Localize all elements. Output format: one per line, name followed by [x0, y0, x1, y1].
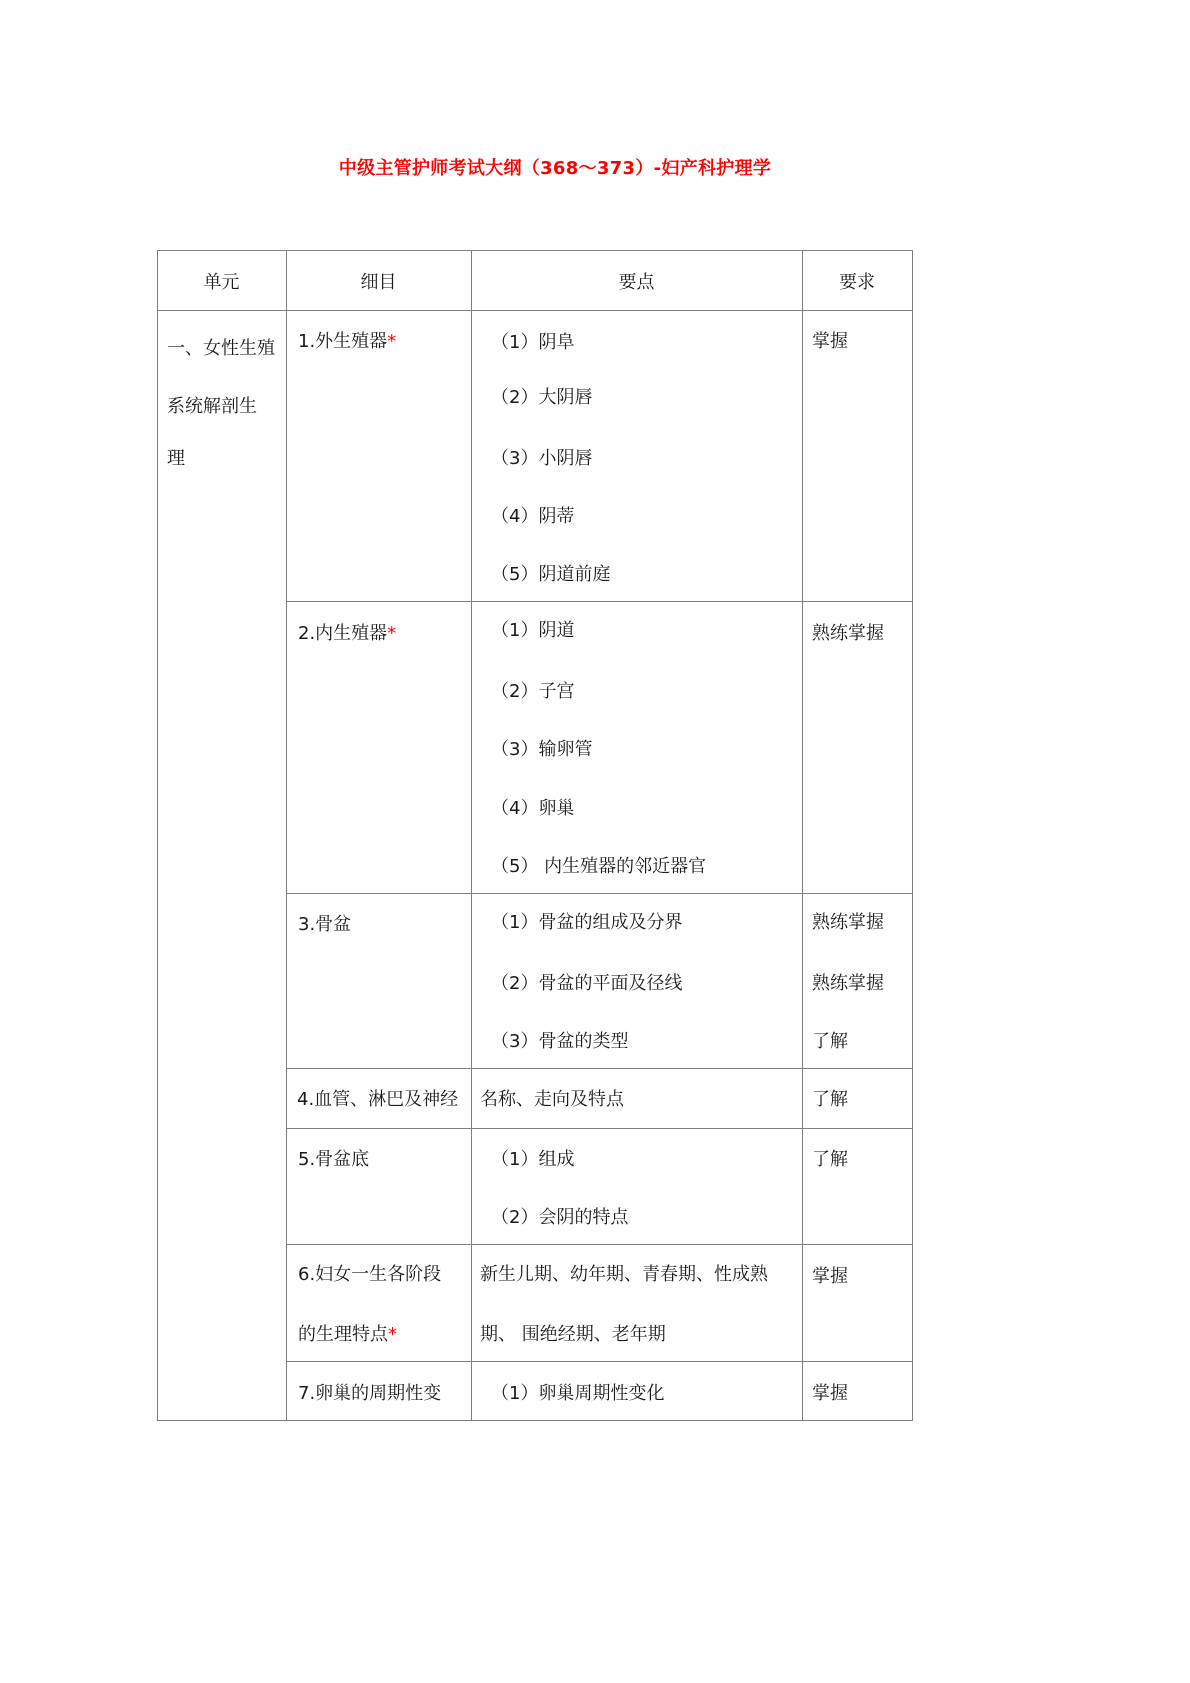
point: （3）输卵管 [491, 739, 592, 761]
point: （3）小阴唇 [491, 448, 592, 470]
header-divider [157, 310, 913, 311]
document-title: 中级主管护师考试大纲（368～373）-妇产科护理学 [0, 154, 1110, 180]
unit-label-line: 一、女性生殖 [167, 338, 275, 360]
item-pelvic-floor: 5.骨盆底 [298, 1149, 369, 1171]
requirement: 了解 [812, 1149, 848, 1171]
point: 期、 围绝经期、老年期 [480, 1324, 666, 1346]
point: （4）卵巢 [491, 798, 574, 820]
point: （3）骨盆的类型 [491, 1031, 628, 1053]
table-divider-col1 [286, 250, 287, 1421]
unit-label-line: 系统解剖生 [167, 396, 257, 418]
header-item: 细目 [286, 272, 471, 294]
requirement: 了解 [812, 1089, 848, 1111]
row-divider [286, 1361, 913, 1362]
item-ovarian-cycle: 7.卵巢的周期性变 [298, 1383, 441, 1405]
requirement: 熟练掌握 [812, 973, 884, 995]
item-vessels-lymph-nerves: 4.血管、淋巴及神经 [297, 1089, 458, 1111]
requirement: 掌握 [812, 1383, 848, 1405]
point: 新生儿期、幼年期、青春期、性成熟 [480, 1264, 768, 1286]
requirement: 熟练掌握 [812, 912, 884, 934]
header-points: 要点 [471, 272, 802, 294]
item-internal-genitalia: 2.内生殖器* [298, 623, 396, 645]
point: （1）组成 [491, 1149, 574, 1171]
header-unit: 单元 [157, 272, 286, 294]
point: （4）阴蒂 [491, 506, 574, 528]
key-star-icon: * [387, 623, 396, 644]
table-border-bottom [157, 1420, 913, 1421]
table-divider-col2 [471, 250, 472, 1421]
header-requirement: 要求 [802, 272, 912, 294]
table-divider-col3 [802, 250, 803, 1421]
requirement: 掌握 [812, 1266, 848, 1288]
point: （2）会阴的特点 [491, 1207, 628, 1229]
point: （1）骨盆的组成及分界 [491, 912, 682, 934]
item-life-stages: 6.妇女一生各阶段 [298, 1264, 441, 1286]
point: （5）阴道前庭 [491, 564, 610, 586]
table-border-right [912, 250, 913, 1421]
row-divider [286, 1068, 913, 1069]
requirement: 了解 [812, 1031, 848, 1053]
unit-label-line: 理 [167, 448, 185, 470]
table-border-top [157, 250, 913, 251]
point: （5） 内生殖器的邻近器官 [491, 856, 706, 878]
point: 名称、走向及特点 [480, 1089, 624, 1111]
row-divider [286, 1128, 913, 1129]
item-pelvis: 3.骨盆 [298, 914, 351, 936]
point: （1）卵巢周期性变化 [491, 1383, 664, 1405]
item-life-stages-cont: 的生理特点* [298, 1324, 397, 1346]
syllabus-table: 单元 细目 要点 要求 一、女性生殖 系统解剖生 理 1.外生殖器* （1）阴阜… [157, 250, 913, 1421]
point: （2）骨盆的平面及径线 [491, 973, 682, 995]
row-divider [286, 1244, 913, 1245]
point: （1）阴阜 [491, 332, 574, 354]
point: （1）阴道 [491, 620, 574, 642]
row-divider [286, 893, 913, 894]
item-external-genitalia: 1.外生殖器* [298, 331, 396, 353]
key-star-icon: * [387, 331, 396, 352]
table-border-left [157, 250, 158, 1421]
point: （2）大阴唇 [491, 387, 592, 409]
key-star-icon: * [388, 1324, 397, 1345]
point: （2）子宫 [491, 681, 574, 703]
requirement: 熟练掌握 [812, 623, 884, 645]
requirement: 掌握 [812, 331, 848, 353]
row-divider [286, 601, 913, 602]
